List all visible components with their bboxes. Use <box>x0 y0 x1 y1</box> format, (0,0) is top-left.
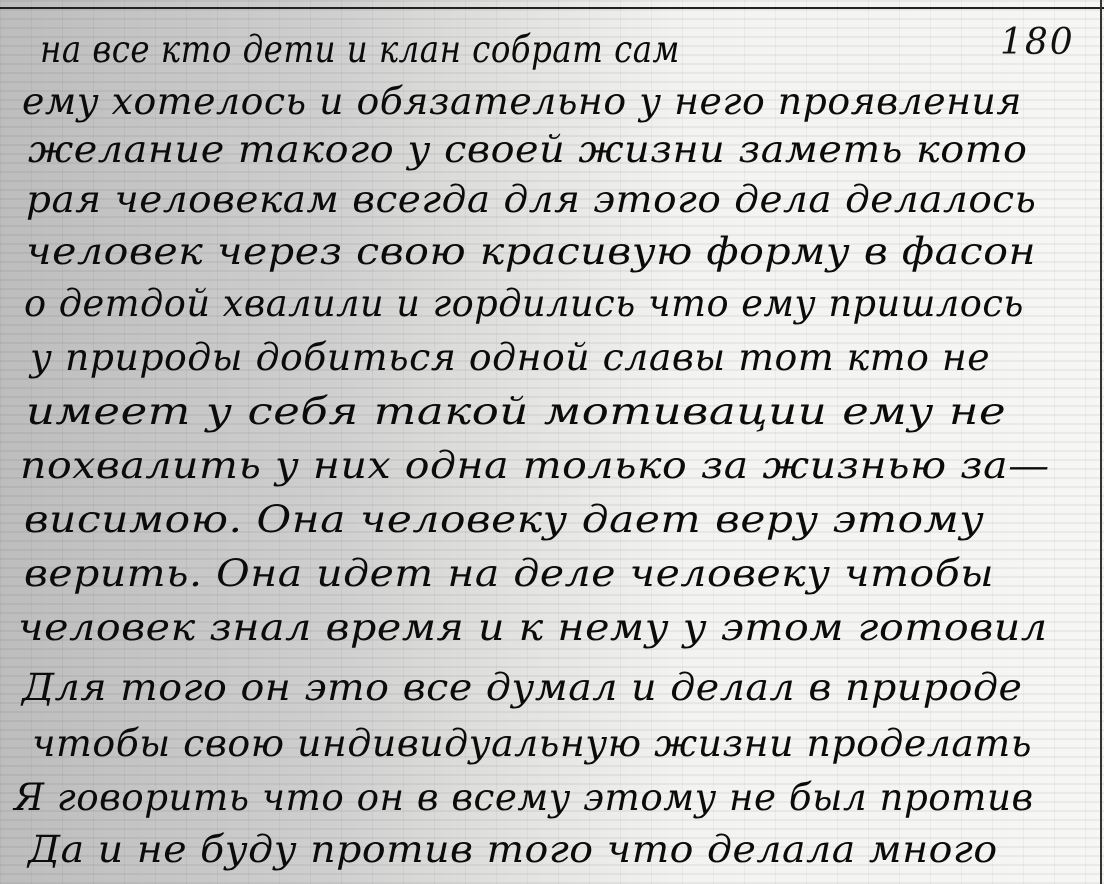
text-line: верить. Она идет на деле человеку чтобы <box>24 552 994 595</box>
text-line: о детдой хвалили и гордились что ему при… <box>24 282 1024 325</box>
text-line: на все кто дети и клан собрат сам <box>40 28 680 71</box>
text-line: Для того он это все думал и делал в прир… <box>22 666 1023 709</box>
text-line: висимою. Она человеку дает веру этому <box>24 498 984 541</box>
scanned-page: 180 на все кто дети и клан собрат сам ем… <box>0 0 1104 884</box>
text-line: рая человекам всегда для этого дела дела… <box>26 178 1036 221</box>
text-line: чтобы свою индивидуальную жизни проделат… <box>32 722 1032 765</box>
text-line: похвалить у них одна только за жизнью за… <box>20 444 1050 487</box>
text-line: желание такого у своей жизни заметь кото <box>28 128 1027 171</box>
text-line: Да и не буду против того что делала мног… <box>28 828 998 871</box>
text-line: человек через свою красивую форму в фасо… <box>26 230 1036 273</box>
text-line: человек знал время и к нему у этом готов… <box>18 606 1048 649</box>
text-line: ему хотелось и обязательно у него проявл… <box>22 80 1022 123</box>
top-rule-line <box>0 7 1104 9</box>
page-edge <box>1100 0 1102 884</box>
text-line: у природы добиться одной славы тот кто н… <box>30 336 990 379</box>
page-number: 180 <box>1000 22 1075 63</box>
text-line: Я говорить что он в всему этому не был п… <box>14 776 1034 819</box>
text-line: имеет у себя такой мотивации ему не <box>26 390 1006 433</box>
